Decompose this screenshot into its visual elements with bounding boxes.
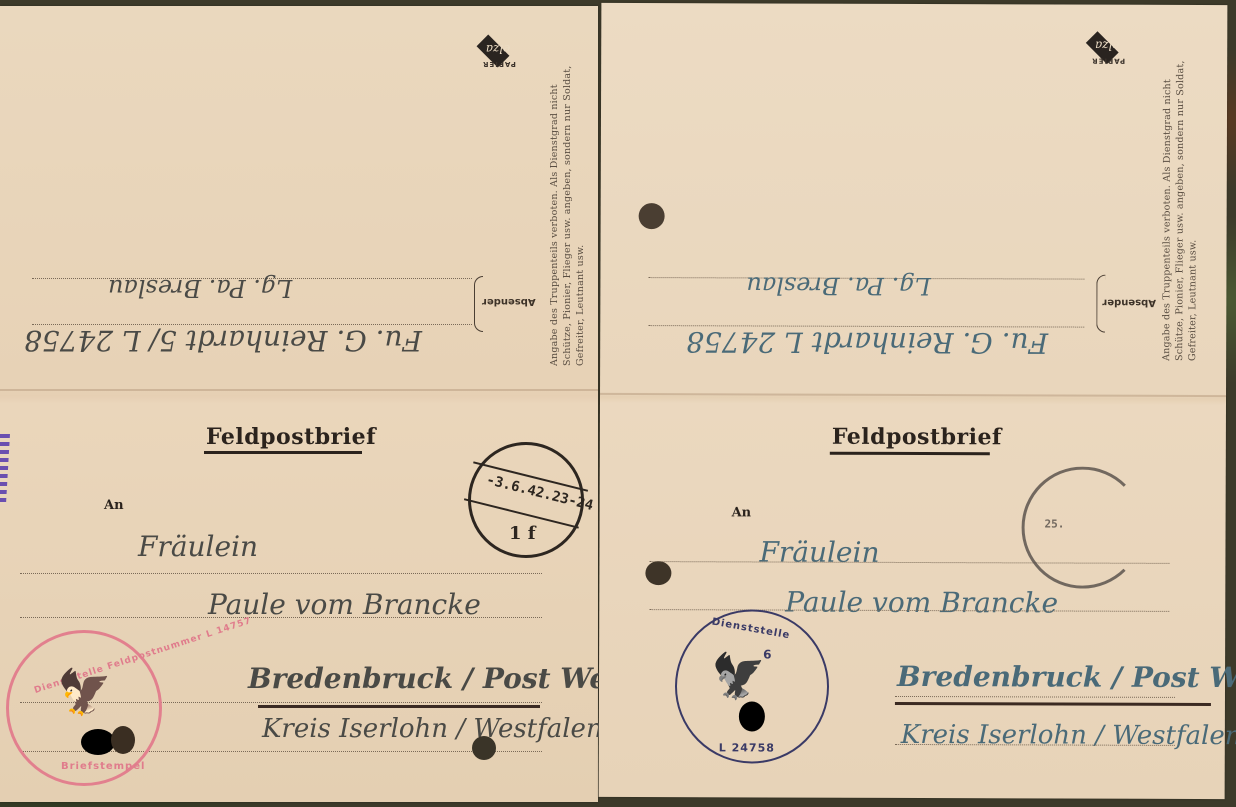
punch-hole <box>639 203 665 229</box>
address-line-4: Kreis Iserlohn / Westfalen <box>901 720 1236 751</box>
address-line-4: Kreis Iserlohn / Westfalen <box>262 714 603 744</box>
unit-seal-blue: Dienststelle 6 🦅 L 24758 <box>675 609 830 764</box>
an-label: An <box>732 505 752 520</box>
address-line-1: Fräulein <box>759 535 879 568</box>
elza-papier-logo: elza PAPIER <box>470 34 528 74</box>
address-line-2: Paule vom Brancke <box>785 586 1058 620</box>
sender-name: Fu. G. Reinhardt 5/ L 24758 <box>24 324 422 357</box>
postmark: -3.6.42.23-24 1 f <box>468 442 584 558</box>
postage-stamp-edge <box>0 434 10 504</box>
address-underline <box>258 705 540 708</box>
address-line <box>895 696 1175 698</box>
eagle-icon: 🦅 <box>57 671 112 715</box>
unit-seal-red: Dienststelle Feldpostnummer L 14757 🦅 Br… <box>6 630 162 786</box>
postmark-faint: 25. <box>1021 466 1143 588</box>
punch-hole <box>111 726 135 754</box>
feldpostbrief-title: Feldpostbrief <box>206 424 376 450</box>
fold-line <box>0 389 598 391</box>
title-underline <box>830 452 990 456</box>
address-line <box>20 573 542 574</box>
punch-hole <box>472 736 496 760</box>
address-line-1: Fräulein <box>138 530 258 563</box>
address-line <box>20 617 542 618</box>
instruction-text: Angabe des Truppenteils verboten. Als Di… <box>1160 41 1200 361</box>
elza-papier-logo: elza PAPIER <box>1079 31 1137 71</box>
letter-sheet-right: elza PAPIER Angabe des Truppenteils verb… <box>599 3 1228 799</box>
fold-line <box>600 393 1226 397</box>
address-line-3: Bredenbruck / Post Westig <box>897 660 1236 694</box>
censor-mark <box>739 701 765 731</box>
punch-hole <box>645 561 671 585</box>
title-underline <box>204 451 362 454</box>
eagle-icon: 🦅 <box>711 655 766 699</box>
sender-unit: Lg. Pa. Breslau <box>108 274 292 302</box>
feldpostbrief-title: Feldpostbrief <box>832 424 1002 451</box>
absender-label: Absender <box>482 296 536 307</box>
letter-sheet-left: elza PAPIER Angabe des Truppenteils verb… <box>0 6 598 802</box>
absender-label: Absender <box>1102 297 1156 308</box>
censor-mark <box>81 729 115 755</box>
sender-unit: Lg. Pa. Breslau <box>746 271 930 300</box>
address-underline <box>895 702 1211 706</box>
an-label: An <box>104 498 124 513</box>
sender-name: Fu. G. Reinhardt L 24758 <box>686 325 1048 359</box>
instruction-text: Angabe des Truppenteils verboten. Als Di… <box>548 46 587 366</box>
